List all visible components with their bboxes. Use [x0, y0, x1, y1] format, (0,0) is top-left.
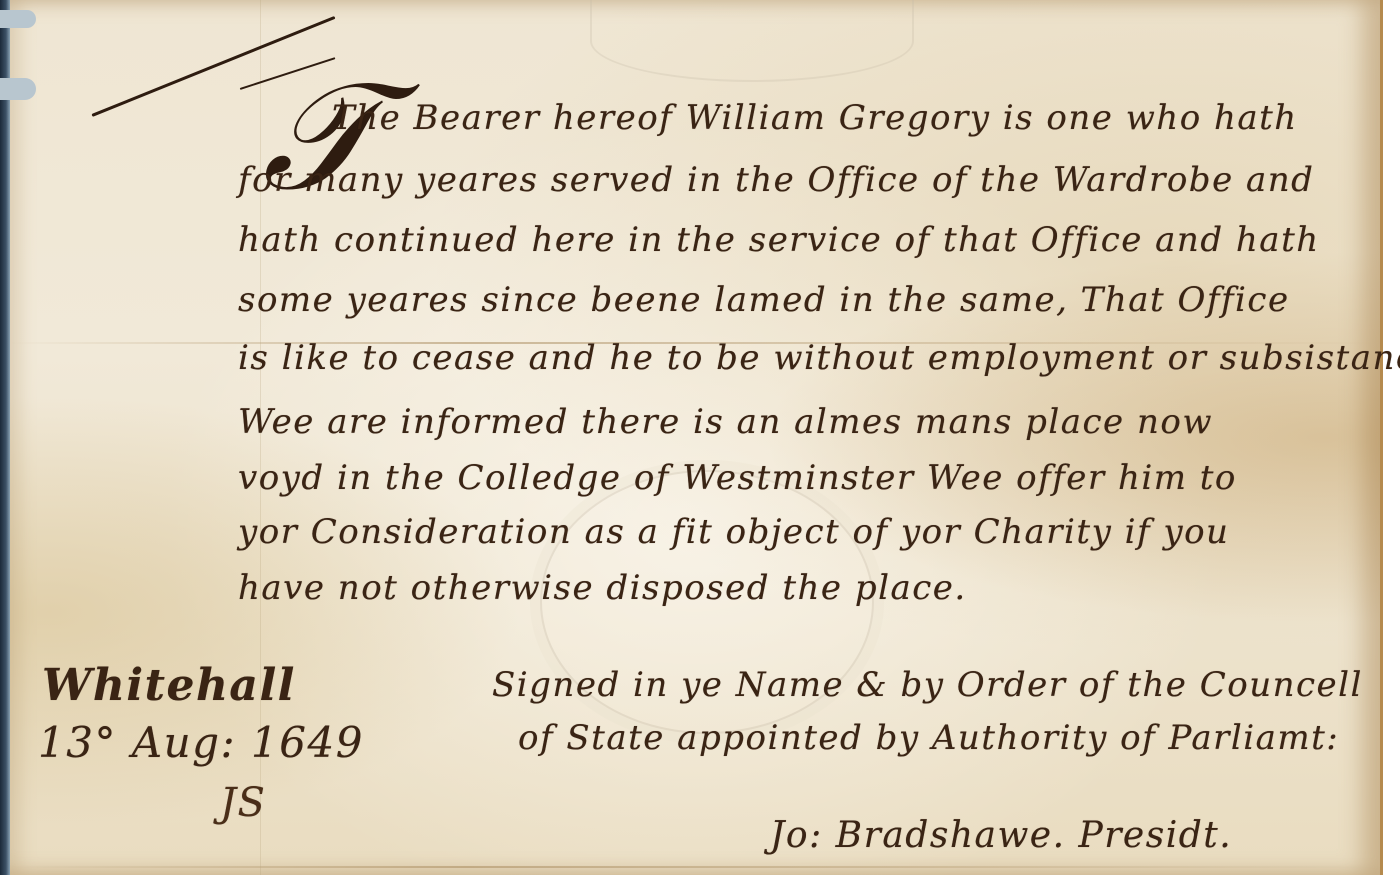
body-line: yor Consideration as a fit object of yor… — [238, 512, 1229, 552]
embossed-seal — [590, 0, 914, 82]
attestation-line: of State appointed by Authority of Parli… — [518, 718, 1339, 758]
document-page: 𝒯 The Bearer hereof William Gregory is o… — [0, 0, 1400, 875]
torn-notch — [0, 10, 36, 28]
body-line: Wee are informed there is an almes mans … — [238, 402, 1213, 442]
body-line: some yeares since beene lamed in the sam… — [238, 280, 1290, 320]
place-line: Whitehall — [42, 660, 296, 711]
body-line: The Bearer hereof William Gregory is one… — [332, 98, 1298, 138]
body-line: is like to cease and he to be without em… — [238, 338, 1400, 378]
clerk-initials: JS — [220, 780, 266, 826]
body-line: voyd in the Colledge of Westminster Wee … — [238, 458, 1237, 498]
binding-edge — [0, 0, 10, 875]
body-line: hath continued here in the service of th… — [238, 220, 1320, 260]
body-line: have not otherwise disposed the place. — [238, 568, 967, 608]
body-line: for many yeares served in the Office of … — [238, 160, 1314, 200]
date-line: 13° Aug: 1649 — [38, 718, 364, 767]
fold-crease — [8, 866, 1380, 868]
torn-notch — [0, 78, 36, 100]
signature: Jo: Bradshawe. Presidt. — [770, 815, 1232, 856]
attestation-line: Signed in ye Name & by Order of the Coun… — [492, 665, 1363, 705]
